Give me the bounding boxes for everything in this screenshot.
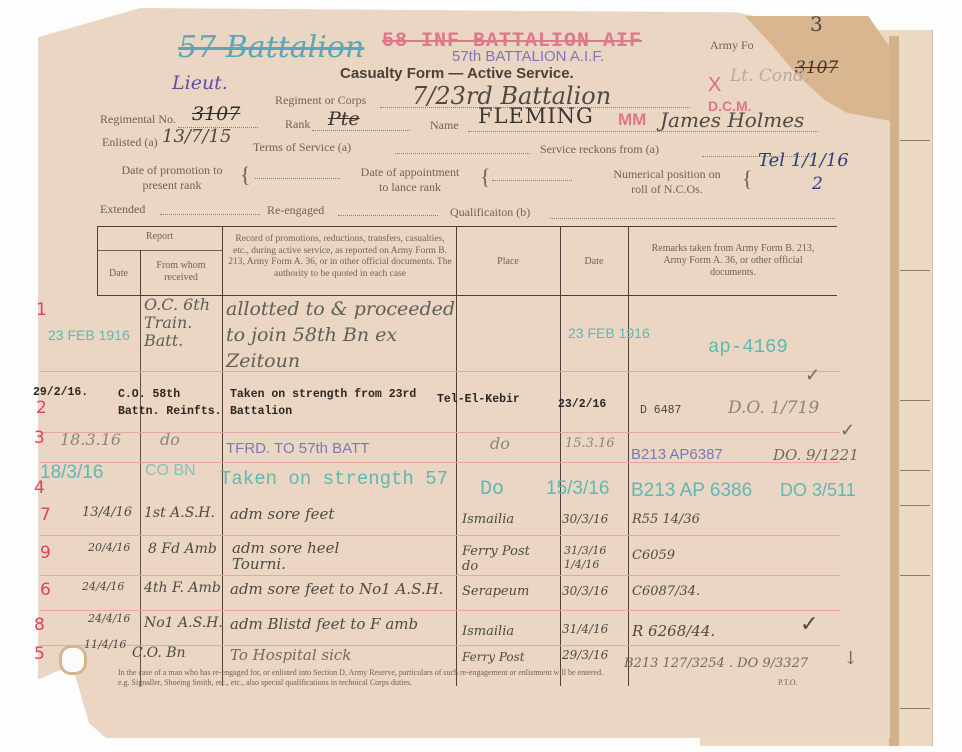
row-remarks: ap-4169: [708, 336, 788, 358]
check-mark-icon: ✓: [805, 365, 820, 386]
row-date2: 31/3/16 1/4/16: [564, 544, 614, 572]
row-number: 5: [34, 644, 45, 664]
row-record: allotted to & proceeded to join 58th Bn …: [226, 296, 466, 374]
regimental-no-label: Regimental No.: [100, 112, 176, 127]
row-place: Ismailia: [462, 624, 514, 639]
row-from: 4th F. Amb: [144, 580, 221, 596]
name-label: Name: [430, 118, 459, 133]
purple-battalion-stamp: 57th BATTALION A.I.F.: [452, 48, 604, 65]
row-record: adm Blistd feet to F amb: [230, 615, 418, 633]
numerical-position-value-2: 2: [812, 174, 823, 194]
row-record: adm sore feet: [230, 505, 334, 523]
row-number: 2: [36, 398, 47, 418]
date2-header: Date: [560, 256, 628, 268]
row-from: do: [160, 430, 180, 449]
rank-label: Rank: [285, 117, 310, 132]
paper-hole: [62, 648, 84, 672]
place-header: Place: [456, 256, 560, 268]
row-place: Ferry Post do: [462, 544, 542, 574]
row-record: adm sore heel Tourni.: [232, 540, 392, 572]
row-remarks: B213 AP6387: [631, 446, 723, 463]
row-date2: 30/3/16: [562, 584, 608, 598]
top-mark: 3: [810, 12, 823, 36]
row-date2: 29/3/16: [562, 648, 608, 662]
row-date: 18.3.16: [60, 430, 121, 449]
record-header: Record of promotions, reductions, transf…: [228, 234, 452, 280]
page-edge: [889, 36, 899, 746]
row-date: 24/4/16: [82, 580, 124, 593]
qualification-label: Qualificaiton (b): [450, 205, 530, 220]
report-header: Report: [97, 231, 222, 243]
numerical-position-value[interactable]: Tel 1/1/16: [758, 150, 849, 171]
service-reckons-label: Service reckons from (a): [540, 142, 659, 157]
row-date: 24/4/16: [88, 612, 130, 625]
row-record: Taken on strength from 23rd Battalion: [230, 386, 450, 420]
row-date2: 15/3/16: [546, 478, 609, 500]
promotion-label: Date of promotion topresent rank: [102, 163, 242, 193]
row-place: Do: [480, 478, 504, 501]
appointment-label: Date of appointmentto lance rank: [340, 165, 480, 195]
row-place: Tel-El-Kebir: [437, 393, 520, 406]
row-remarks-2: D.O. 1/719: [728, 398, 819, 418]
row-number: 6: [40, 580, 51, 600]
row-from: 1st A.S.H.: [144, 505, 215, 521]
row-place: Ferry Post: [462, 650, 525, 664]
army-form-label: Army Fo: [710, 38, 754, 53]
row-from: O.C. 6th Train. Batt.: [144, 296, 222, 350]
row-date: 11/4/16: [84, 638, 126, 651]
row-date: 23 FEB 1916: [48, 327, 130, 343]
row-record: adm sore feet to No1 A.S.H.: [230, 580, 443, 598]
row-number: 8: [34, 615, 45, 635]
extended-label: Extended: [100, 202, 145, 217]
check-mark-icon: ✓: [800, 612, 818, 637]
row-date2: 15.3.16: [565, 436, 615, 451]
footer-note: In the case of a man who has re-engaged …: [118, 668, 818, 688]
row-from: 8 Fd Amb: [148, 541, 217, 557]
cross-mark: X: [708, 74, 721, 97]
row-number: 7: [40, 505, 51, 525]
row-place: Serapeum: [462, 584, 529, 599]
row-date2: 30/3/16: [562, 512, 608, 526]
row-remarks-2: DO. 9/1221: [773, 446, 859, 464]
row-date: 13/4/16: [82, 505, 132, 520]
surname[interactable]: FLEMING: [478, 104, 594, 128]
from-whom-header: From whom received: [142, 260, 220, 284]
mm-stamp: MM: [618, 110, 646, 130]
row-remarks: C6087/34.: [632, 584, 700, 599]
row-date: 18/3/16: [40, 462, 103, 484]
row-number: 9: [40, 543, 51, 563]
rank-handwritten: Lieut.: [172, 72, 228, 94]
struck-unit-handwritten: 57 Battalion: [178, 30, 364, 65]
row-from: C.O. 58th Battn. Reinfts.: [118, 386, 228, 420]
row-remarks-2: DO 3/511: [780, 480, 856, 501]
given-names[interactable]: James Holmes: [660, 108, 804, 132]
remarks-header: Remarks taken from Army Form B. 213, Arm…: [648, 243, 818, 279]
check-mark-icon: ↓: [843, 648, 858, 669]
regiment-label: Regiment or Corps: [275, 93, 366, 108]
terms-label: Terms of Service (a): [253, 140, 351, 155]
reengaged-label: Re-engaged: [267, 203, 324, 218]
row-remarks: R 6268/44.: [632, 622, 715, 640]
check-mark-icon: ✓: [840, 420, 855, 441]
row-number: 1: [36, 300, 47, 320]
numerical-position-label: Numerical position onroll of N.C.Os.: [592, 167, 742, 197]
row-from: CO BN: [145, 462, 196, 480]
row-remarks: D 6487: [640, 404, 681, 417]
row-from: No1 A.S.H.: [144, 615, 223, 631]
row-number: 4: [34, 478, 45, 498]
regimental-no-value[interactable]: 3107: [192, 103, 240, 125]
pto-label: P.T.O.: [778, 678, 798, 687]
extra-note: Lt. Cond.: [730, 66, 809, 86]
row-place: do: [490, 434, 510, 453]
row-remarks: R55 14/36: [632, 512, 700, 527]
enlisted-label: Enlisted (a): [102, 135, 158, 150]
row-number: 3: [34, 428, 45, 448]
row-remarks: B213 AP 6386: [631, 480, 752, 502]
date-header: Date: [97, 268, 140, 280]
row-date2: 23 FEB 1916: [568, 325, 650, 341]
row-record: TFRD. TO 57th BATT: [226, 440, 369, 457]
row-record: To Hospital sick: [230, 646, 351, 664]
row-remarks: C6059: [632, 548, 675, 563]
form-title: Casualty Form — Active Service.: [340, 65, 574, 82]
rank-value[interactable]: Pte: [328, 108, 360, 130]
row-date: 20/4/16: [88, 541, 130, 554]
row-date2: 31/4/16: [562, 622, 608, 636]
enlisted-value[interactable]: 13/7/15: [162, 126, 231, 147]
row-date2: 23/2/16: [558, 398, 606, 411]
row-place: Ismailia: [462, 512, 514, 527]
row-record: Taken on strength 57: [220, 468, 448, 490]
row-from: C.O. Bn: [132, 645, 186, 661]
